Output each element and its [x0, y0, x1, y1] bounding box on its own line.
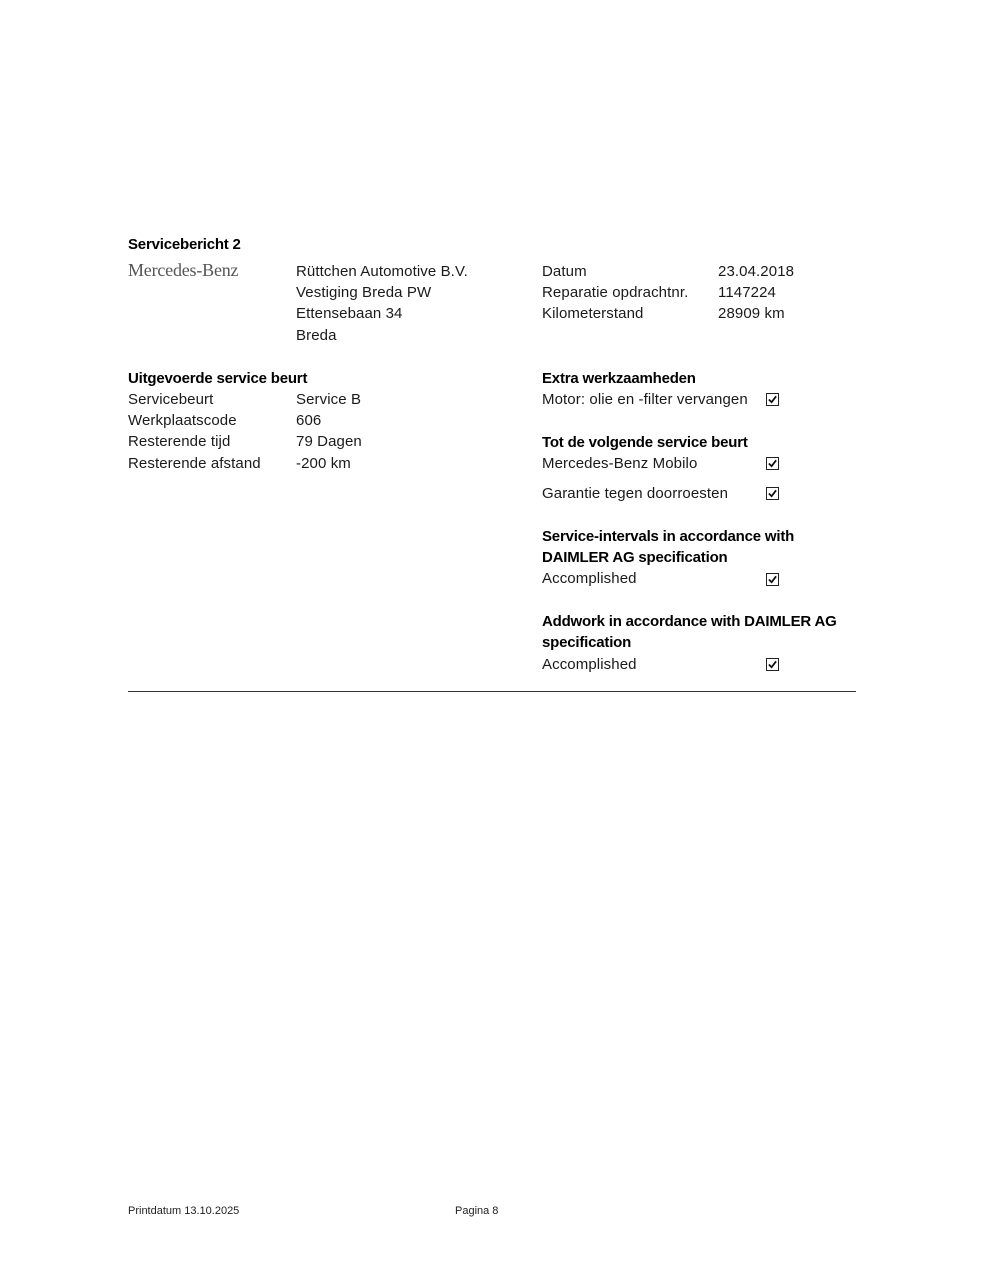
- order-number-value: 1147224: [718, 282, 776, 303]
- rust-warranty-checkbox: [766, 487, 779, 500]
- workshop-code-label: Werkplaatscode: [128, 410, 237, 431]
- checkmark-icon: [768, 395, 777, 404]
- rust-warranty-label: Garantie tegen doorroesten: [542, 483, 728, 504]
- addwork-checkbox: [766, 658, 779, 671]
- dealer-name: Rüttchen Automotive B.V.: [296, 261, 468, 282]
- checkmark-icon: [768, 575, 777, 584]
- section-divider: [128, 691, 856, 692]
- mileage-label: Kilometerstand: [542, 303, 643, 324]
- print-date: Printdatum 13.10.2025: [128, 1205, 239, 1217]
- dealer-street: Ettensebaan 34: [296, 303, 403, 324]
- intervals-accomplished-label: Accomplished: [542, 568, 637, 589]
- checkmark-icon: [768, 459, 777, 468]
- mercedes-benz-logo: Mercedes-Benz: [128, 260, 238, 281]
- extra-work-heading: Extra werkzaamheden: [542, 368, 696, 389]
- checkmark-icon: [768, 660, 777, 669]
- order-number-label: Reparatie opdrachtnr.: [542, 282, 688, 303]
- page-number: Pagina 8: [455, 1205, 498, 1217]
- dealer-city: Breda: [296, 325, 337, 346]
- remaining-distance-value: -200 km: [296, 453, 351, 474]
- dealer-branch: Vestiging Breda PW: [296, 282, 431, 303]
- addwork-accomplished-label: Accomplished: [542, 654, 637, 675]
- intervals-heading-line1: Service-intervals in accordance with: [542, 526, 794, 547]
- addwork-heading-line2: specification: [542, 632, 631, 653]
- addwork-heading-line1: Addwork in accordance with DAIMLER AG: [542, 611, 837, 632]
- mobilo-label: Mercedes-Benz Mobilo: [542, 453, 697, 474]
- performed-heading: Uitgevoerde service beurt: [128, 368, 307, 389]
- mobilo-checkbox: [766, 457, 779, 470]
- next-service-heading: Tot de volgende service beurt: [542, 432, 748, 453]
- date-value: 23.04.2018: [718, 261, 794, 282]
- remaining-time-value: 79 Dagen: [296, 431, 362, 452]
- report-title: Servicebericht 2: [128, 234, 241, 255]
- oil-filter-label: Motor: olie en -filter vervangen: [542, 389, 748, 410]
- mileage-value: 28909 km: [718, 303, 785, 324]
- service-type-value: Service B: [296, 389, 361, 410]
- oil-filter-checkbox: [766, 393, 779, 406]
- workshop-code-value: 606: [296, 410, 321, 431]
- date-label: Datum: [542, 261, 587, 282]
- service-type-label: Servicebeurt: [128, 389, 213, 410]
- remaining-distance-label: Resterende afstand: [128, 453, 261, 474]
- checkmark-icon: [768, 489, 777, 498]
- intervals-heading-line2: DAIMLER AG specification: [542, 547, 728, 568]
- intervals-checkbox: [766, 573, 779, 586]
- remaining-time-label: Resterende tijd: [128, 431, 230, 452]
